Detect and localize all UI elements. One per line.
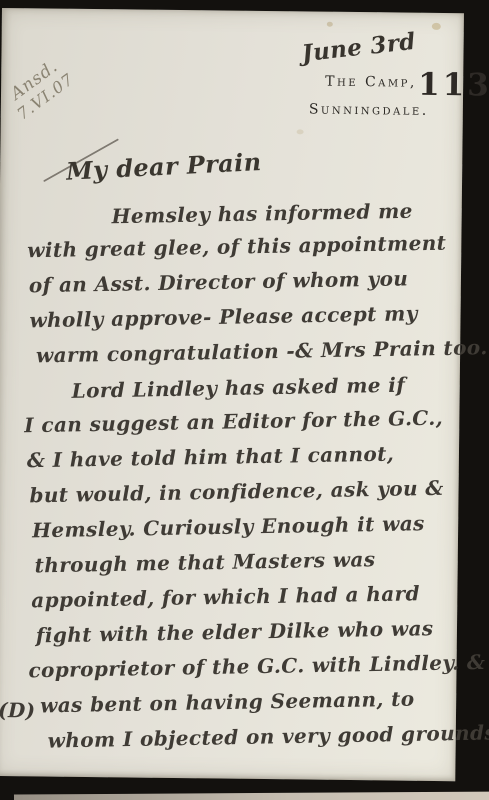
letter-date: June 3rd [300, 28, 417, 67]
letter-body: Hemsley has informed me with great glee,… [15, 198, 455, 763]
stain-mark [432, 23, 441, 30]
pencil-annotation: Ansd. 7.VI.07 [7, 53, 78, 120]
stain-mark [297, 129, 304, 134]
letterhead-line2: Sunningdale. [309, 101, 429, 118]
stain-mark [327, 22, 333, 27]
scan-bed-edge [14, 791, 489, 800]
letter-page: June 3rd The Camp, Sunningdale. 113 Ansd… [0, 8, 464, 781]
body-line: whom I objected on very good grounds. [47, 716, 450, 758]
scanned-letter: June 3rd The Camp, Sunningdale. 113 Ansd… [0, 0, 489, 800]
page-number-stamp: 113 [418, 67, 489, 104]
letterhead-line1: The Camp, [325, 74, 417, 91]
